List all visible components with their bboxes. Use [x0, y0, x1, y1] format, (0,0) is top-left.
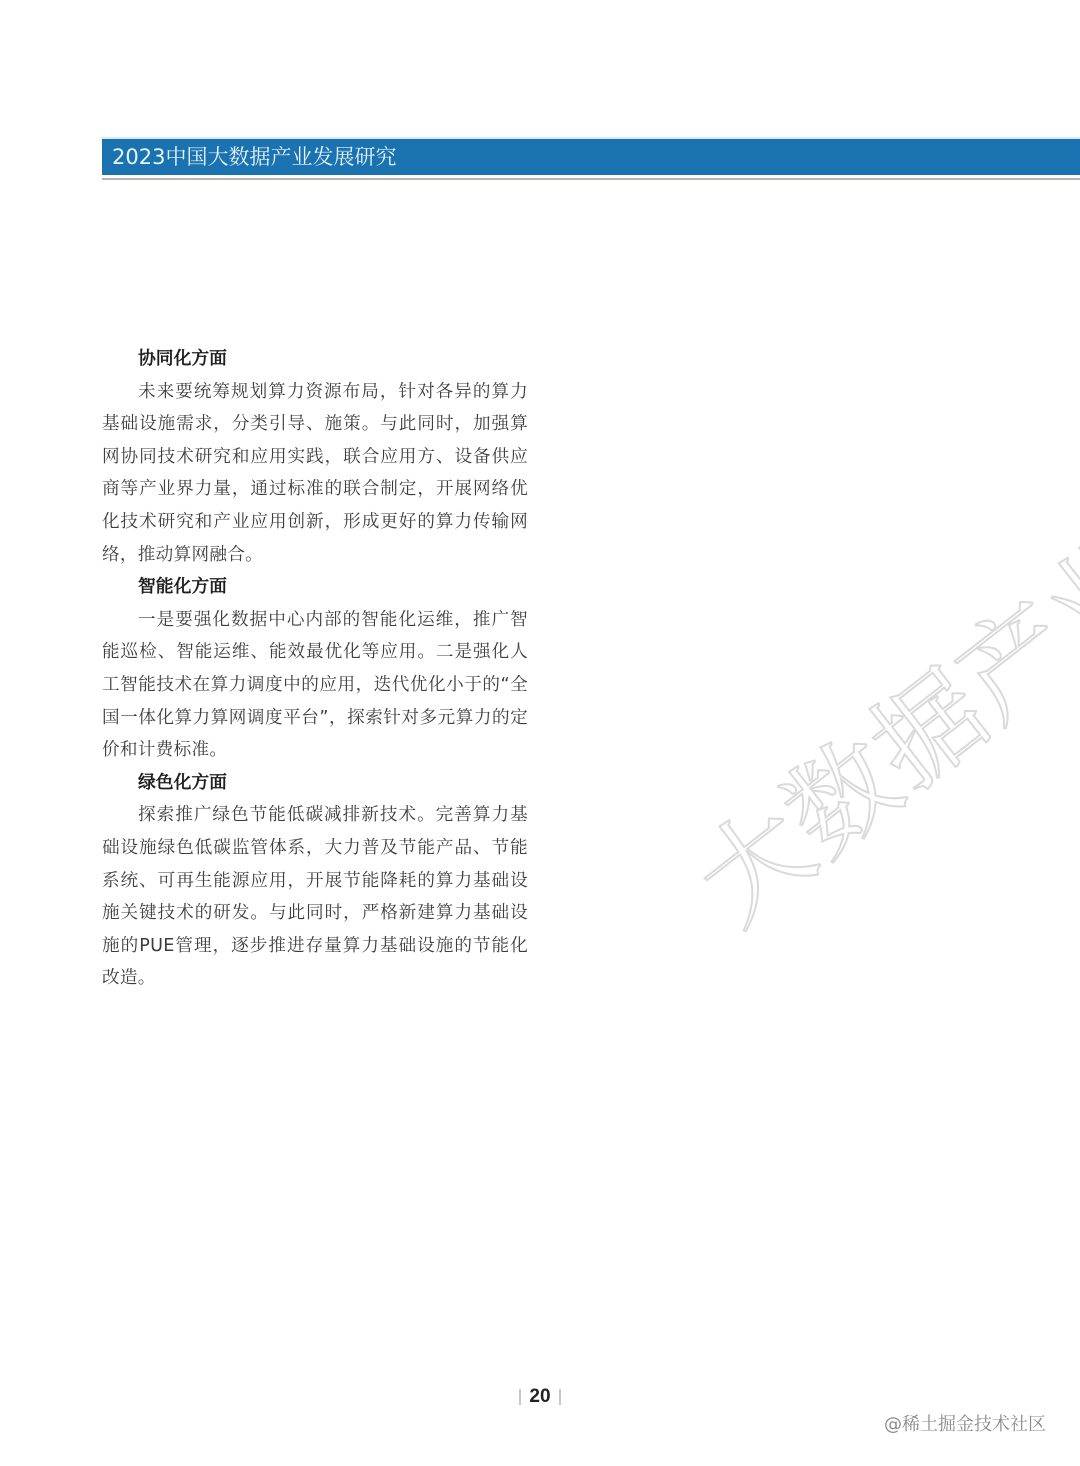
page-number: 20	[510, 1386, 570, 1408]
page-number-value: 20	[529, 1386, 550, 1407]
section-paragraph: 未来要统筹规划算力资源布局，针对各异的算力基础设施需求，分类引导、施策。与此同时…	[102, 376, 528, 572]
watermark: 大数据产业	[660, 491, 1080, 952]
page-number-tick-right	[559, 1389, 561, 1405]
section-intelligence: 智能化方面 一是要强化数据中心内部的智能化运维，推广智能巡检、智能运维、能效最优…	[102, 571, 528, 767]
section-heading: 协同化方面	[102, 343, 528, 376]
source-credit: @稀土掘金技术社区	[884, 1410, 1046, 1436]
main-content: 协同化方面 未来要统筹规划算力资源布局，针对各异的算力基础设施需求，分类引导、施…	[102, 343, 528, 995]
section-paragraph: 探索推广绿色节能低碳减排新技术。完善算力基础设施绿色低碳监管体系，大力普及节能产…	[102, 799, 528, 995]
document-title: 2023中国大数据产业发展研究	[112, 139, 396, 176]
header-bar: 2023中国大数据产业发展研究	[102, 139, 1080, 175]
section-paragraph: 一是要强化数据中心内部的智能化运维，推广智能巡检、智能运维、能效最优化等应用。二…	[102, 604, 528, 767]
section-heading: 绿色化方面	[102, 767, 528, 800]
page-number-tick-left	[519, 1389, 521, 1405]
section-collaboration: 协同化方面 未来要统筹规划算力资源布局，针对各异的算力基础设施需求，分类引导、施…	[102, 343, 528, 571]
section-green: 绿色化方面 探索推广绿色节能低碳减排新技术。完善算力基础设施绿色低碳监管体系，大…	[102, 767, 528, 995]
header-divider	[102, 178, 1080, 180]
section-heading: 智能化方面	[102, 571, 528, 604]
